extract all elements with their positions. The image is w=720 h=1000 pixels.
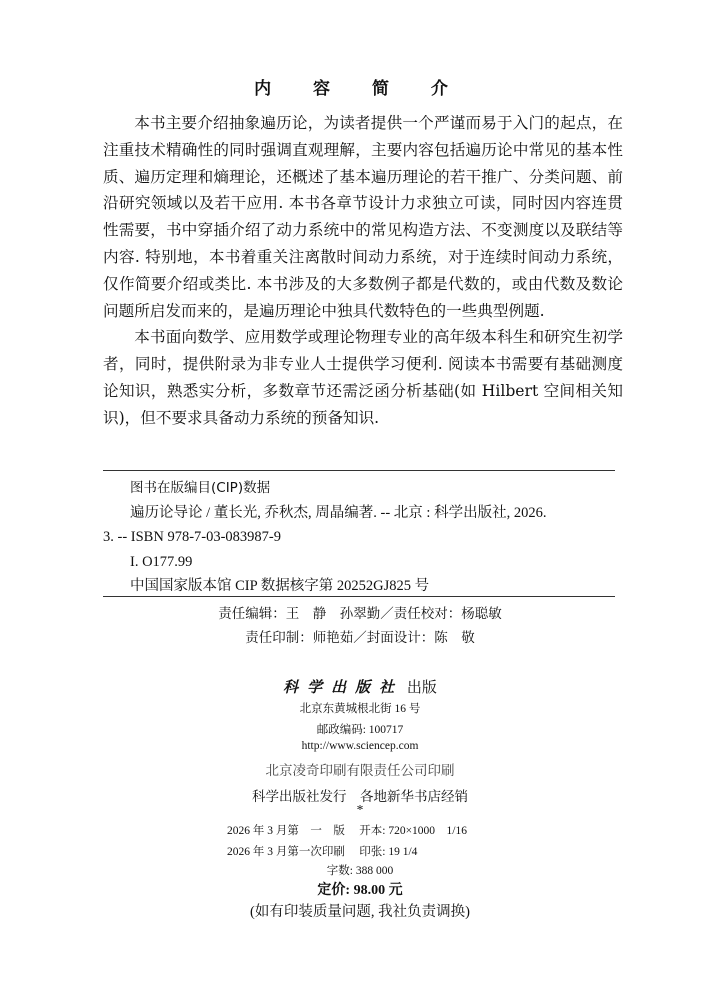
publisher-postcode: 邮政编码: 100717: [0, 721, 720, 737]
abstract-paragraph-1: 本书主要介绍抽象遍历论，为读者提供一个严谨而易于入门的起点，在注重技术精确性的同…: [103, 110, 623, 324]
abstract: 本书主要介绍抽象遍历论，为读者提供一个严谨而易于入门的起点，在注重技术精确性的同…: [103, 110, 623, 432]
staff-line-1: 责任编辑：王 静 孙翠勤／责任校对：杨聪敏: [0, 602, 720, 626]
cip-bottom-divider: [103, 596, 615, 597]
publisher-url: http://www.sciencep.com: [0, 740, 720, 752]
staff-credits: 责任编辑：王 静 孙翠勤／责任校对：杨聪敏 责任印制：师艳茹／封面设计：陈 敬: [0, 602, 720, 650]
publisher-suffix: 出版: [407, 680, 437, 696]
cip-line-2: 3. -- ISBN 978-7-03-083987-9: [103, 525, 633, 550]
edition-line-1: 2026 年 3 月第 一 版 开本: 720×1000 1/16: [227, 822, 467, 838]
cip-line-3: I. O177.99: [103, 550, 633, 575]
publisher-address: 北京东黄城根北街 16 号: [0, 700, 720, 716]
staff-line-2: 责任印制：师艳茹／封面设计：陈 敬: [0, 626, 720, 650]
abstract-paragraph-2: 本书面向数学、应用数学或理论物理专业的高年级本科生和研究生初学者，同时，提供附录…: [103, 324, 623, 431]
separator-star: *: [0, 802, 720, 818]
edition-line-2: 2026 年 3 月第一次印刷 印张: 19 1/4: [227, 843, 417, 859]
cip-heading: 图书在版编目(CIP)数据: [103, 476, 633, 501]
page-title: 内 容 简 介: [0, 74, 720, 99]
price: 定价: 98.00 元: [0, 879, 720, 899]
cip-line-4: 中国国家版本馆 CIP 数据核字第 20252GJ825 号: [103, 574, 633, 599]
word-count: 字数: 388 000: [0, 862, 720, 878]
cip-block: 图书在版编目(CIP)数据 遍历论导论 / 董长光, 乔秋杰, 周晶编著. --…: [103, 476, 633, 599]
cip-line-1: 遍历论导论 / 董长光, 乔秋杰, 周晶编著. -- 北京 : 科学出版社, 2…: [103, 501, 633, 526]
printer: 北京凌奇印刷有限责任公司印刷: [0, 759, 720, 779]
quality-note: (如有印装质量问题, 我社负责调换): [0, 900, 720, 921]
cip-top-divider: [103, 470, 615, 471]
publisher-line: 科学出版社 出版: [0, 676, 720, 697]
publisher-logo: 科学出版社: [283, 678, 403, 696]
